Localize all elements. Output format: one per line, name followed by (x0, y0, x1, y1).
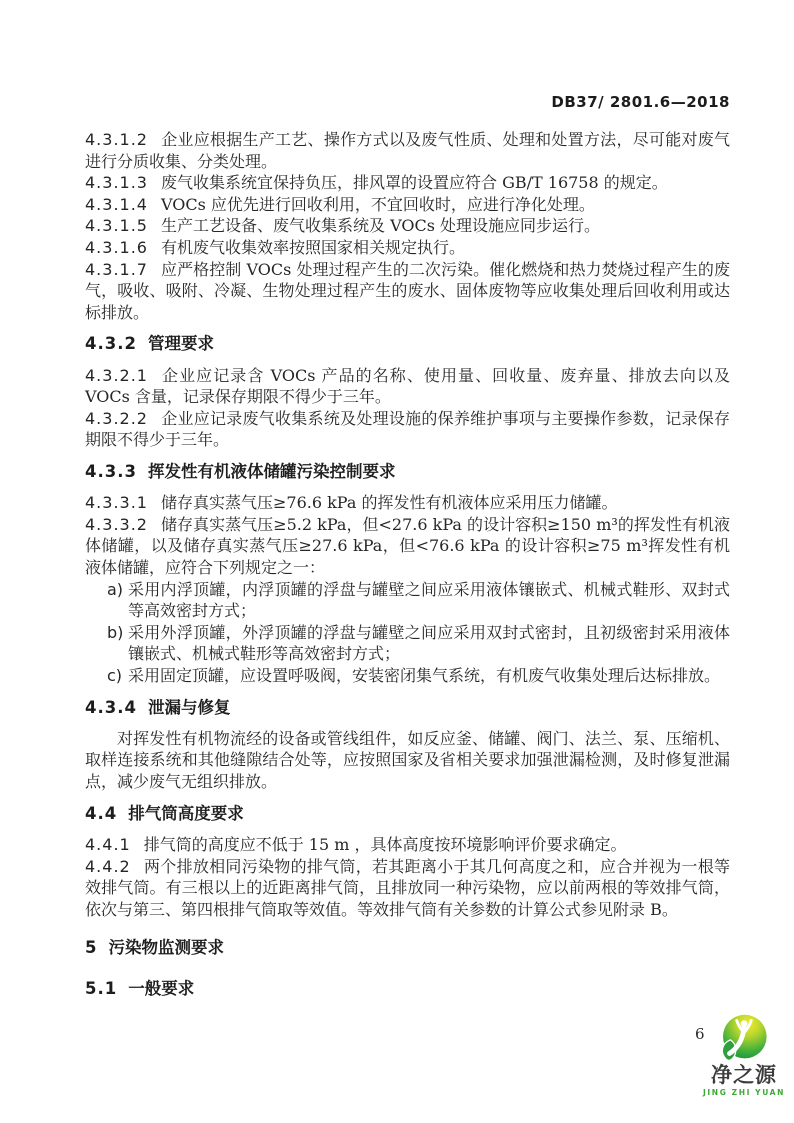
section-heading-5-1: 5.1一般要求 (85, 978, 730, 1000)
clause-text: 企业应记录含 VOCs 产品的名称、使用量、回收量、废弃量、排放去向以及 VOC… (85, 366, 730, 407)
clause-4-4-1: 4.4.1排气筒的高度应不低于 15 m ，具体高度按环境影响评价要求确定。 (85, 834, 730, 856)
leaf-person-logo-icon (718, 1014, 770, 1064)
clause-number: 4.3.1.6 (85, 238, 148, 257)
heading-number: 4.3.2 (85, 334, 137, 353)
heading-text: 排气筒高度要求 (128, 804, 244, 823)
list-marker: b) (107, 622, 128, 665)
section-heading-4-3-2: 4.3.2管理要求 (85, 333, 730, 355)
clause-text: 储存真实蒸气压≥5.2 kPa，但<27.6 kPa 的设计容积≥150 m³的… (85, 515, 730, 577)
clause-text: 生产工艺设备、废气收集系统及 VOCs 处理设施应同步运行。 (161, 216, 600, 235)
clause-4-3-3-2: 4.3.3.2储存真实蒸气压≥5.2 kPa，但<27.6 kPa 的设计容积≥… (85, 514, 730, 579)
section-heading-4-3-4: 4.3.4泄漏与修复 (85, 697, 730, 719)
logo-subtitle: JING ZHI YUAN (701, 1089, 787, 1097)
list-item-text: 采用固定顶罐，应设置呼吸阀，安装密闭集气系统，有机废气收集处理后达标排放。 (128, 665, 730, 687)
clause-number: 4.4.1 (85, 835, 131, 854)
clause-4-3-1-3: 4.3.1.3废气收集系统宜保持负压，排风罩的设置应符合 GB/T 16758 … (85, 172, 730, 194)
clause-number: 4.3.3.2 (85, 515, 148, 534)
list-marker: c) (107, 665, 128, 687)
list-item-b: b)采用外浮顶罐，外浮顶罐的浮盘与罐壁之间应采用双封式密封，且初级密封采用液体镶… (107, 622, 730, 665)
list-item-a: a)采用内浮顶罐，内浮顶罐的浮盘与罐壁之间应采用液体镶嵌式、机械式鞋形、双封式等… (107, 579, 730, 622)
clause-text: 两个排放相同污染物的排气筒，若其距离小于其几何高度之和，应合并视为一根等效排气筒… (85, 857, 730, 919)
section-heading-4-3-3: 4.3.3挥发性有机液体储罐污染控制要求 (85, 461, 730, 483)
clause-4-3-1-2: 4.3.1.2企业应根据生产工艺、操作方式以及废气性质、处理和处置方法，尽可能对… (85, 129, 730, 172)
clause-text: 废气收集系统宜保持负压，排风罩的设置应符合 GB/T 16758 的规定。 (161, 173, 668, 192)
clause-text: VOCs 应优先进行回收利用，不宜回收时，应进行净化处理。 (161, 195, 595, 214)
heading-text: 污染物监测要求 (108, 938, 224, 957)
list-item-text: 采用内浮顶罐，内浮顶罐的浮盘与罐壁之间应采用液体镶嵌式、机械式鞋形、双封式等高效… (128, 579, 730, 622)
clause-number: 4.3.1.5 (85, 216, 148, 235)
clause-number: 4.3.2.1 (85, 366, 148, 385)
clause-number: 4.4.2 (85, 857, 131, 876)
ordered-list: a)采用内浮顶罐，内浮顶罐的浮盘与罐壁之间应采用液体镶嵌式、机械式鞋形、双封式等… (107, 579, 730, 687)
clause-4-3-3-1: 4.3.3.1储存真实蒸气压≥76.6 kPa 的挥发性有机液体应采用压力储罐。 (85, 492, 730, 514)
heading-number: 4.3.3 (85, 462, 137, 481)
clause-text: 排气筒的高度应不低于 15 m ，具体高度按环境影响评价要求确定。 (144, 835, 627, 854)
clause-number: 4.3.1.4 (85, 195, 148, 214)
list-item-text: 采用外浮顶罐，外浮顶罐的浮盘与罐壁之间应采用双封式密封，且初级密封采用液体镶嵌式… (128, 622, 730, 665)
clause-text: 企业应根据生产工艺、操作方式以及废气性质、处理和处置方法，尽可能对废气进行分质收… (85, 130, 730, 171)
clause-4-3-2-1: 4.3.2.1企业应记录含 VOCs 产品的名称、使用量、回收量、废弃量、排放去… (85, 365, 730, 408)
chapter-heading-5: 5污染物监测要求 (85, 937, 730, 959)
heading-text: 泄漏与修复 (148, 698, 231, 717)
heading-number: 5 (85, 938, 97, 957)
clause-number: 4.3.3.1 (85, 493, 148, 512)
clause-text: 储存真实蒸气压≥76.6 kPa 的挥发性有机液体应采用压力储罐。 (161, 493, 618, 512)
jingzhiyuan-logo: 净之源 JING ZHI YUAN (701, 1014, 787, 1097)
heading-number: 4.3.4 (85, 698, 137, 717)
logo-head (741, 1020, 748, 1027)
clause-number: 4.3.1.2 (85, 130, 148, 149)
heading-number: 5.1 (85, 979, 117, 998)
logo-name: 净之源 (701, 1065, 787, 1086)
document-body: 4.3.1.2企业应根据生产工艺、操作方式以及废气性质、处理和处置方法，尽可能对… (85, 129, 730, 1000)
heading-number: 4.4 (85, 804, 117, 823)
clause-4-3-1-7: 4.3.1.7应严格控制 VOCs 处理过程产生的二次污染。催化燃烧和热力焚烧过… (85, 259, 730, 324)
section-heading-4-4: 4.4排气筒高度要求 (85, 803, 730, 825)
clause-text: 有机废气收集效率按照国家相关规定执行。 (161, 238, 465, 257)
list-marker: a) (107, 579, 128, 622)
paragraph-4-3-4: 对挥发性有机物流经的设备或管线组件，如反应釜、储罐、阀门、法兰、泵、压缩机、取样… (85, 728, 730, 793)
clause-4-4-2: 4.4.2两个排放相同污染物的排气筒，若其距离小于其几何高度之和，应合并视为一根… (85, 856, 730, 921)
clause-4-3-2-2: 4.3.2.2企业应记录废气收集系统及处理设施的保养维护事项与主要操作参数，记录… (85, 408, 730, 451)
standard-code-header: DB37/ 2801.6—2018 (551, 93, 730, 111)
clause-number: 4.3.1.3 (85, 173, 148, 192)
clause-number: 4.3.2.2 (85, 409, 148, 428)
clause-text: 企业应记录废气收集系统及处理设施的保养维护事项与主要操作参数，记录保存期限不得少… (85, 409, 730, 450)
heading-text: 挥发性有机液体储罐污染控制要求 (148, 462, 396, 481)
heading-text: 一般要求 (128, 979, 194, 998)
document-page: DB37/ 2801.6—2018 4.3.1.2企业应根据生产工艺、操作方式以… (0, 0, 794, 1123)
list-item-c: c)采用固定顶罐，应设置呼吸阀，安装密闭集气系统，有机废气收集处理后达标排放。 (107, 665, 730, 687)
clause-4-3-1-4: 4.3.1.4VOCs 应优先进行回收利用，不宜回收时，应进行净化处理。 (85, 194, 730, 216)
clause-text: 应严格控制 VOCs 处理过程产生的二次污染。催化燃烧和热力焚烧过程产生的废气，… (85, 260, 730, 322)
heading-text: 管理要求 (148, 334, 214, 353)
clause-4-3-1-5: 4.3.1.5生产工艺设备、废气收集系统及 VOCs 处理设施应同步运行。 (85, 215, 730, 237)
clause-4-3-1-6: 4.3.1.6有机废气收集效率按照国家相关规定执行。 (85, 237, 730, 259)
clause-number: 4.3.1.7 (85, 260, 148, 279)
